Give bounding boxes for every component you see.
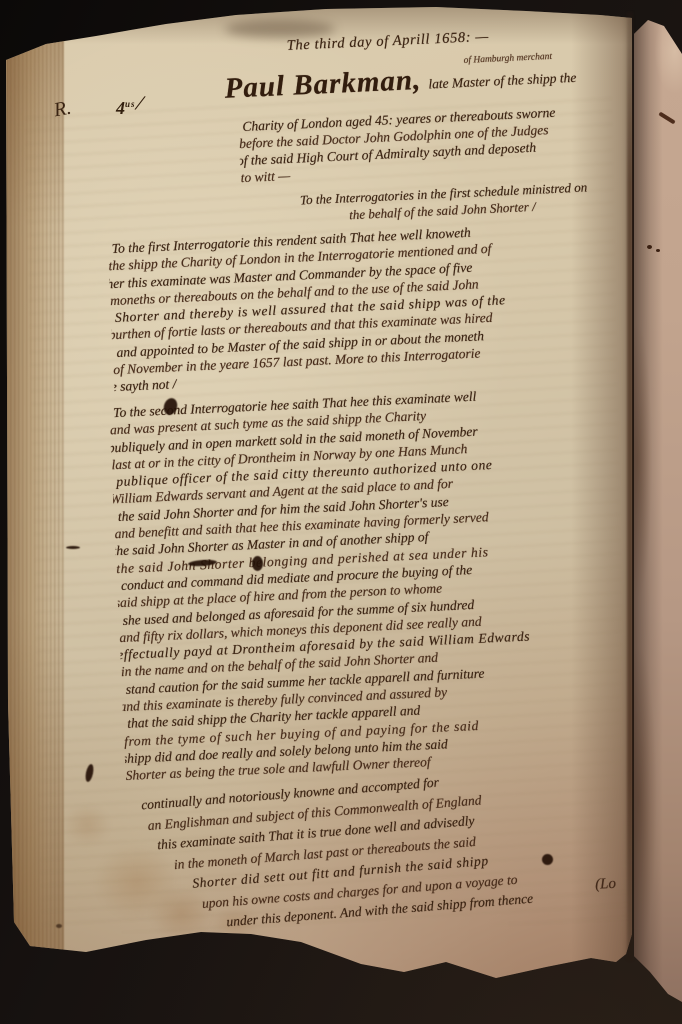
answer-first-interrogatory: To the first Interrogatorie this rendent… bbox=[107, 216, 644, 396]
answer-second-interrogatory: To the second Interrogatorie hee saith T… bbox=[109, 380, 664, 785]
manuscript-page: R. 4us/ The third day of Aprill 1658: — … bbox=[6, 4, 634, 1014]
book-gutter-crease bbox=[627, 12, 633, 960]
ink-blot bbox=[542, 854, 553, 865]
ink-stroke bbox=[658, 112, 675, 125]
deponent-line: Paul Barkman,late Master of the shipp th… bbox=[224, 57, 577, 106]
catchword: (Lo bbox=[595, 876, 617, 894]
deponent-name: Paul Barkman, bbox=[224, 64, 422, 105]
ink-speck bbox=[656, 249, 660, 252]
closing-lines: continually and notoriously knowne and a… bbox=[137, 756, 670, 939]
facing-page-edge bbox=[634, 0, 682, 1024]
ink-blot bbox=[66, 546, 80, 549]
ink-speck bbox=[647, 245, 652, 249]
ink-blot bbox=[56, 924, 62, 928]
handwritten-text: The third day of Aprill 1658: — of Hambu… bbox=[64, 8, 672, 973]
preamble: Charity of London aged 45: yeares or the… bbox=[238, 100, 643, 186]
manuscript-photograph: R. 4us/ The third day of Aprill 1658: — … bbox=[0, 0, 682, 1024]
ink-blot bbox=[252, 556, 263, 571]
heading-date: The third day of Aprill 1658: — bbox=[286, 29, 489, 55]
deponent-title: late Master of the shipp the bbox=[428, 70, 577, 92]
